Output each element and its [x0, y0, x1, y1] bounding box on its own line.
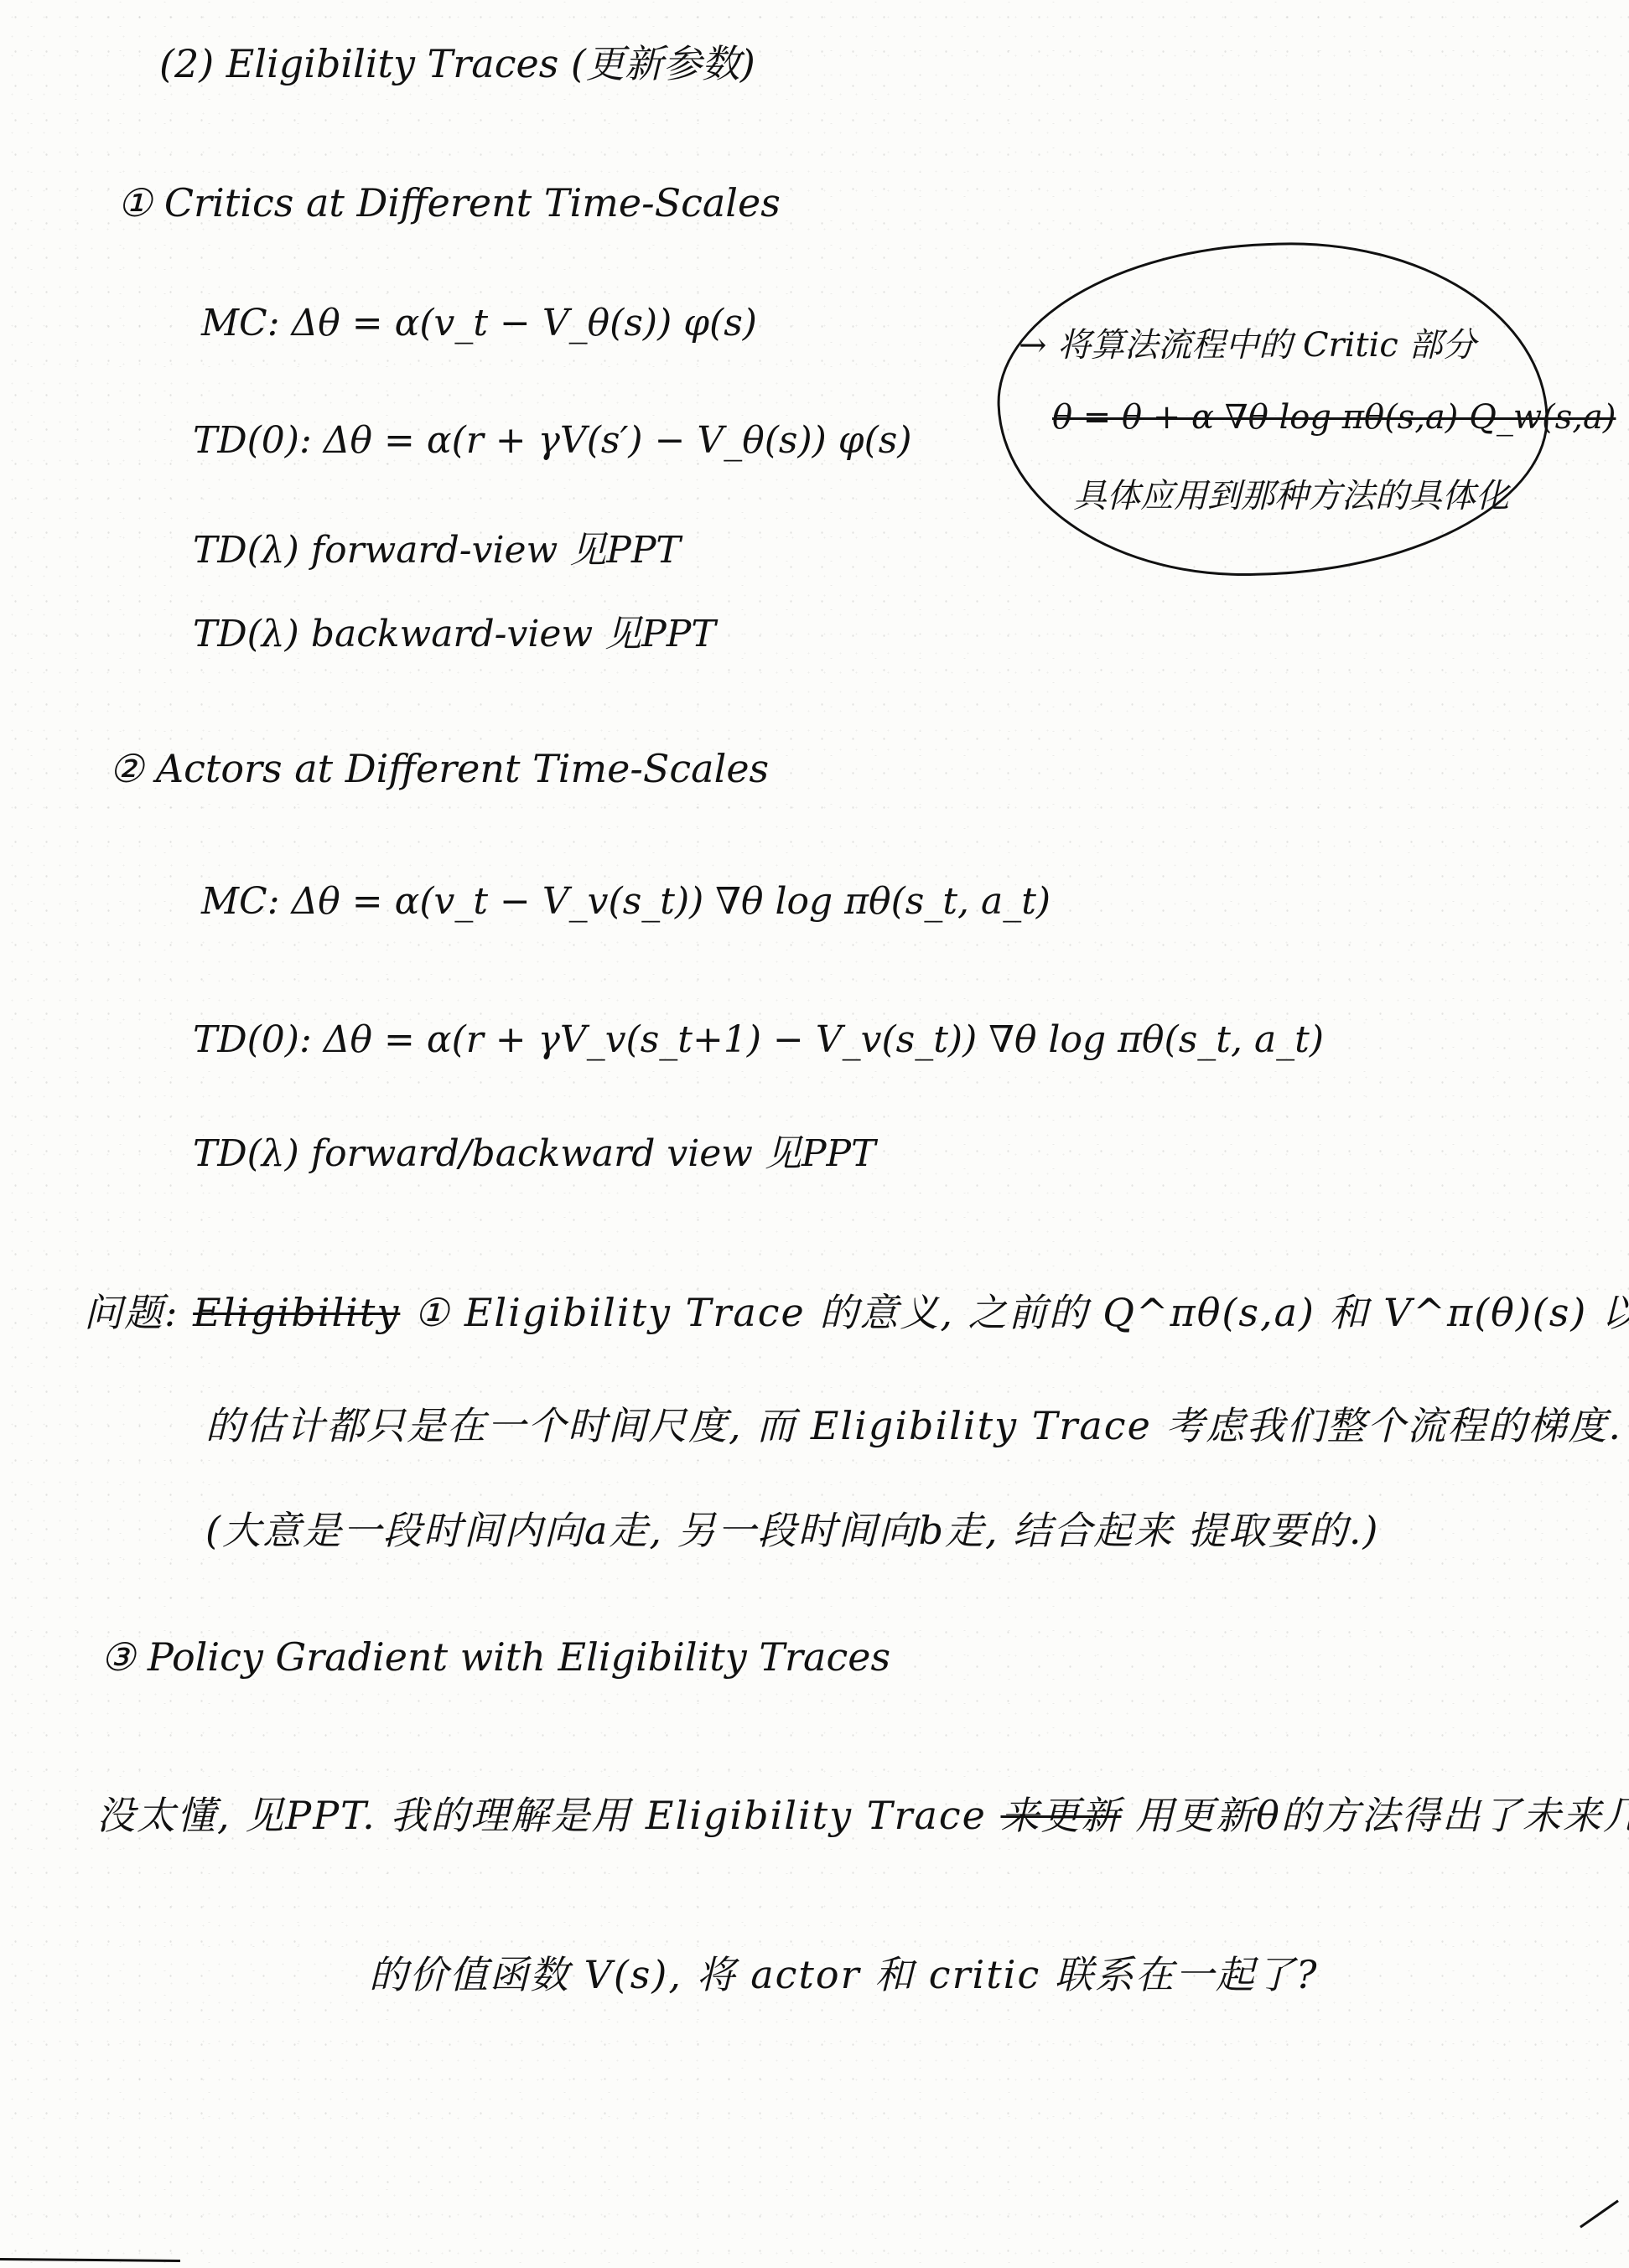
question-struck-word: Eligibility [193, 1290, 400, 1335]
side-note-line-1: → 将算法流程中的 Critic 部分 [1019, 318, 1476, 366]
actor-mc-equation: MC: Δθ = α(v_t − V_v(s_t)) ∇θ log πθ(s_t… [201, 880, 1051, 923]
pg-line-1: 没太懂, 见PPT. 我的理解是用 Eligibility Trace 来更新 … [96, 1785, 1629, 1841]
pg-struck-text: 来更新 [1000, 1793, 1121, 1838]
actor-td0-equation: TD(0): Δθ = α(r + γV_v(s_t+1) − V_v(s_t)… [193, 1018, 1324, 1061]
side-note-line-3: 具体应用到那种方法的具体化 [1073, 469, 1509, 517]
critic-mc-equation: MC: Δθ = α(v_t − V_θ(s)) φ(s) [201, 302, 757, 344]
page-title: (2) Eligibility Traces (更新参数) [159, 34, 755, 89]
side-note-struck-formula: θ = θ + α ∇θ log πθ(s,a) Q_w(s,a) [1052, 398, 1616, 437]
actor-td-lambda: TD(λ) forward/backward view 见PPT [193, 1123, 876, 1177]
question-line-2: 的估计都只是在一个时间尺度, 而 Eligibility Trace 考虑我们整… [205, 1395, 1622, 1451]
question-line-1: 问题: Eligibility ① Eligibility Trace 的意义,… [84, 1282, 1629, 1338]
question-text-1: ① Eligibility Trace 的意义, 之前的 Q^πθ(s,a) 和… [414, 1290, 1629, 1335]
critic-heading: ① Critics at Different Time-Scales [117, 180, 781, 225]
critic-td-lambda-backward: TD(λ) backward-view 见PPT [193, 603, 716, 657]
pg-heading: ③ Policy Gradient with Eligibility Trace… [101, 1634, 890, 1680]
page-edge-line [0, 2258, 180, 2262]
pg-text-1b: 用更新θ的方法得出了未来几步上 [1135, 1793, 1629, 1838]
critic-td0-equation: TD(0): Δθ = α(r + γV(s′) − V_θ(s)) φ(s) [193, 419, 911, 462]
question-line-3: (大意是一段时间内向a走, 另一段时间向b走, 结合起来 提取要的.) [205, 1500, 1380, 1556]
critic-td-lambda-forward: TD(λ) forward-view 见PPT [193, 520, 681, 573]
actor-heading: ② Actors at Different Time-Scales [109, 746, 769, 791]
pg-text-1a: 没太懂, 见PPT. 我的理解是用 Eligibility Trace [96, 1793, 987, 1838]
pg-line-2: 的价值函数 V(s), 将 actor 和 critic 联系在一起了? [369, 1944, 1319, 2000]
corner-pen-mark [1580, 2199, 1619, 2228]
question-label: 问题: [84, 1290, 179, 1335]
